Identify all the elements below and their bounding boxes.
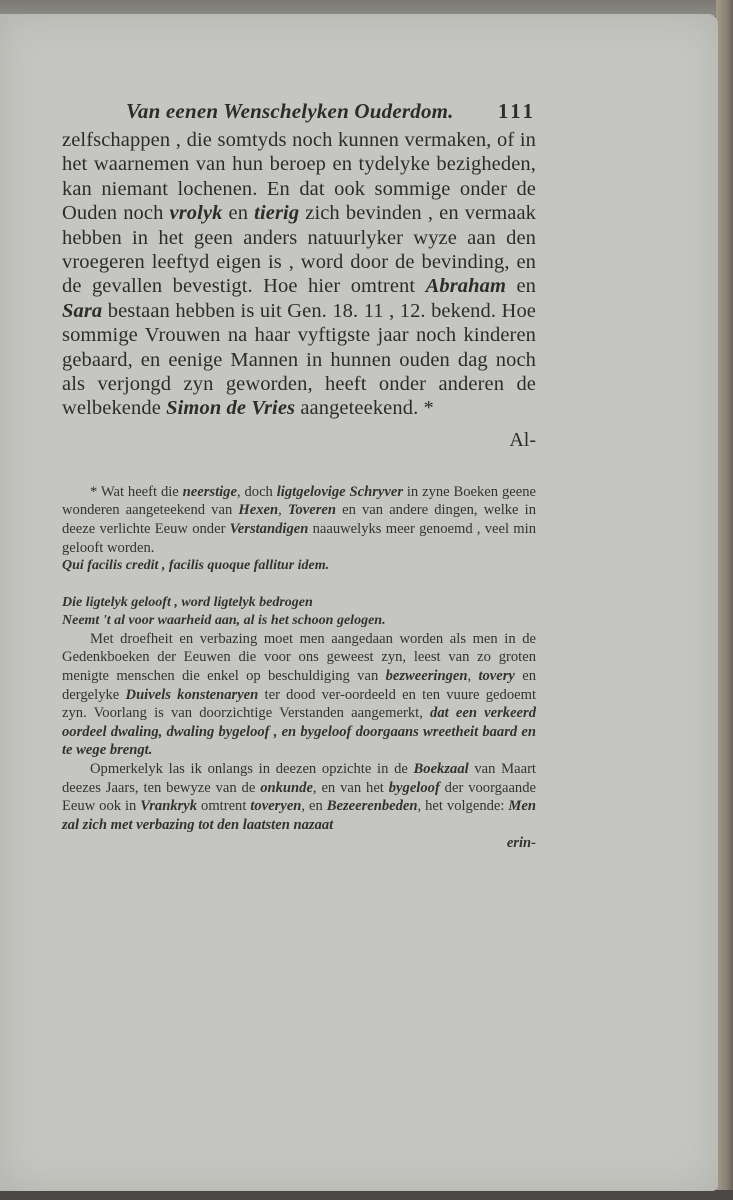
italic-term: vrolyk (170, 202, 223, 224)
footnote-paragraph-3: Opmerkelyk las ik onlangs in deezen opzi… (62, 760, 536, 834)
page-content: Van eenen Wenschelyken Ouderdom. 111 zel… (62, 98, 536, 853)
italic-term: Verstandigen (230, 521, 309, 537)
main-text: zelfschappen , die somtyds noch kunnen v… (62, 128, 536, 421)
footnote: * Wat heeft die neerstige, doch ligtgelo… (62, 483, 536, 853)
footnote-paragraph-2: Met droefheit en verbazing moet men aang… (62, 630, 536, 760)
verse-line: Neemt 't al voor waarheid aan, al is het… (62, 612, 536, 630)
italic-term: tierig (254, 202, 299, 224)
italic-term: Toveren (288, 502, 336, 518)
verse-line: Die ligtelyk gelooft , word ligtelyk bed… (62, 594, 536, 612)
footnote-catchword: erin- (62, 834, 536, 853)
running-head: Van eenen Wenschelyken Ouderdom. 111 (62, 98, 536, 124)
italic-term: Bezeerenbeden (327, 798, 418, 814)
catchword: Al- (62, 425, 536, 455)
italic-term: Simon de Vries (166, 397, 295, 419)
italic-term: Abraham (426, 275, 506, 297)
italic-term: Boekzaal (414, 761, 469, 777)
latin-proverb: Qui facilis credit , facilis quoque fall… (62, 557, 536, 576)
italic-term: dat een verkeerd oordeel dwaling, dwalin… (62, 705, 536, 758)
italic-term: tovery (478, 668, 514, 684)
italic-term: Hexen (238, 502, 278, 518)
italic-term: neerstige (183, 484, 237, 500)
scan-bottom-edge (0, 1190, 733, 1200)
italic-term: Duivels konstenaryen (126, 687, 259, 703)
book-fore-edge (716, 0, 733, 1200)
italic-term: ligtgelovige Schryver (277, 484, 403, 500)
italic-term: onkunde (260, 780, 313, 796)
italic-term: Sara (62, 300, 102, 322)
main-paragraph: zelfschappen , die somtyds noch kunnen v… (62, 128, 536, 421)
page-number: 111 (498, 98, 536, 124)
running-head-title: Van eenen Wenschelyken Ouderdom. (126, 98, 454, 124)
book-page: Van eenen Wenschelyken Ouderdom. 111 zel… (0, 14, 718, 1191)
italic-term: Vrankryk (140, 798, 197, 814)
footnote-paragraph-1: * Wat heeft die neerstige, doch ligtgelo… (62, 483, 536, 557)
italic-term: toveryen (250, 798, 301, 814)
italic-term: bygeloof (389, 780, 440, 796)
dutch-verse: Die ligtelyk gelooft , word ligtelyk bed… (62, 594, 536, 630)
italic-term: bezweeringen (386, 668, 468, 684)
